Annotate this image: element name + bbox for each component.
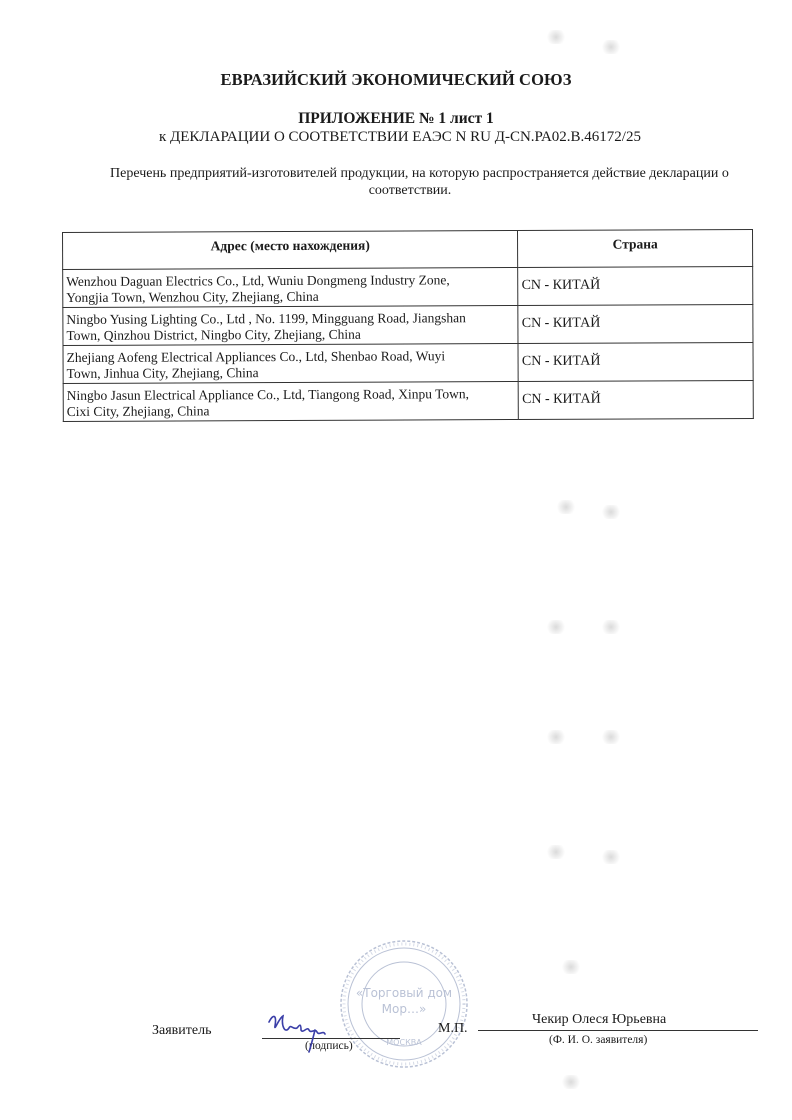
seal-label: М.П. — [438, 1021, 468, 1037]
intro-line-2: соответствии. — [150, 182, 670, 199]
applicant-label: Заявитель — [152, 1023, 211, 1039]
country-cell: CN - КИТАЙ — [518, 342, 753, 381]
table-row: Zhejiang Aofeng Electrical Appliances Co… — [63, 342, 753, 383]
scan-noise — [545, 845, 567, 859]
intro-text: Перечень предприятий-изготовителей проду… — [150, 165, 670, 199]
address-line: Ningbo Jasun Electrical Appliance Co., L… — [67, 386, 515, 404]
table-row: Ningbo Yusing Lighting Co., Ltd , No. 11… — [63, 304, 753, 345]
stamp-city: МОСКВА — [338, 1038, 470, 1047]
table-row: Ningbo Jasun Electrical Appliance Co., L… — [63, 380, 753, 421]
address-line: Zhejiang Aofeng Electrical Appliances Co… — [67, 348, 515, 366]
country-cell: CN - КИТАЙ — [518, 304, 753, 343]
country-cell: CN - КИТАЙ — [518, 380, 753, 419]
address-cell: Ningbo Jasun Electrical Appliance Co., L… — [63, 382, 518, 422]
manufacturers-table: Адрес (место нахождения) Страна Wenzhou … — [62, 229, 754, 422]
country-cell: CN - КИТАЙ — [518, 266, 753, 305]
applicant-name: Чекир Олеся Юрьевна — [532, 1012, 666, 1028]
scan-noise — [600, 40, 622, 54]
union-title: ЕВРАЗИЙСКИЙ ЭКОНОМИЧЕСКИЙ СОЮЗ — [0, 70, 792, 90]
name-line — [478, 1030, 758, 1031]
address-cell: Zhejiang Aofeng Electrical Appliances Co… — [63, 344, 518, 384]
intro-line-1: Перечень предприятий-изготовителей проду… — [110, 165, 710, 182]
address-line: Town, Qinzhou District, Ningbo City, Zhe… — [66, 326, 514, 344]
header-country: Страна — [518, 229, 753, 267]
address-line: Town, Jinhua City, Zhejiang, China — [67, 364, 515, 382]
address-cell: Ningbo Yusing Lighting Co., Ltd , No. 11… — [63, 306, 518, 346]
address-line: Cixi City, Zhejiang, China — [67, 402, 515, 420]
name-caption: (Ф. И. О. заявителя) — [549, 1034, 647, 1046]
scan-noise — [600, 850, 622, 864]
declaration-reference: к ДЕКЛАРАЦИИ О СООТВЕТСТВИИ ЕАЭС N RU Д-… — [0, 129, 792, 146]
scan-noise — [600, 505, 622, 519]
annex-title: ПРИЛОЖЕНИЕ № 1 лист 1 — [0, 110, 792, 128]
handwritten-signature-icon — [265, 1008, 345, 1053]
company-stamp: «Торговый дом Мор…» МОСКВА — [338, 938, 470, 1070]
scan-noise — [600, 730, 622, 744]
scan-noise — [545, 730, 567, 744]
header-address: Адрес (место нахождения) — [63, 231, 518, 270]
scan-noise — [600, 620, 622, 634]
scan-noise — [555, 500, 577, 514]
scan-noise — [545, 620, 567, 634]
scan-noise — [545, 30, 567, 44]
stamp-line-1: «Торговый дом — [338, 986, 470, 1000]
scan-noise — [560, 960, 582, 974]
table-header-row: Адрес (место нахождения) Страна — [63, 229, 753, 269]
address-line: Yongjia Town, Wenzhou City, Zhejiang, Ch… — [66, 288, 514, 306]
address-line: Ningbo Yusing Lighting Co., Ltd , No. 11… — [66, 310, 514, 328]
address-cell: Wenzhou Daguan Electrics Co., Ltd, Wuniu… — [63, 268, 518, 308]
stamp-line-2: Мор…» — [338, 1002, 470, 1016]
table-row: Wenzhou Daguan Electrics Co., Ltd, Wuniu… — [63, 266, 753, 307]
scan-noise — [560, 1075, 582, 1089]
address-line: Wenzhou Daguan Electrics Co., Ltd, Wuniu… — [66, 272, 514, 290]
